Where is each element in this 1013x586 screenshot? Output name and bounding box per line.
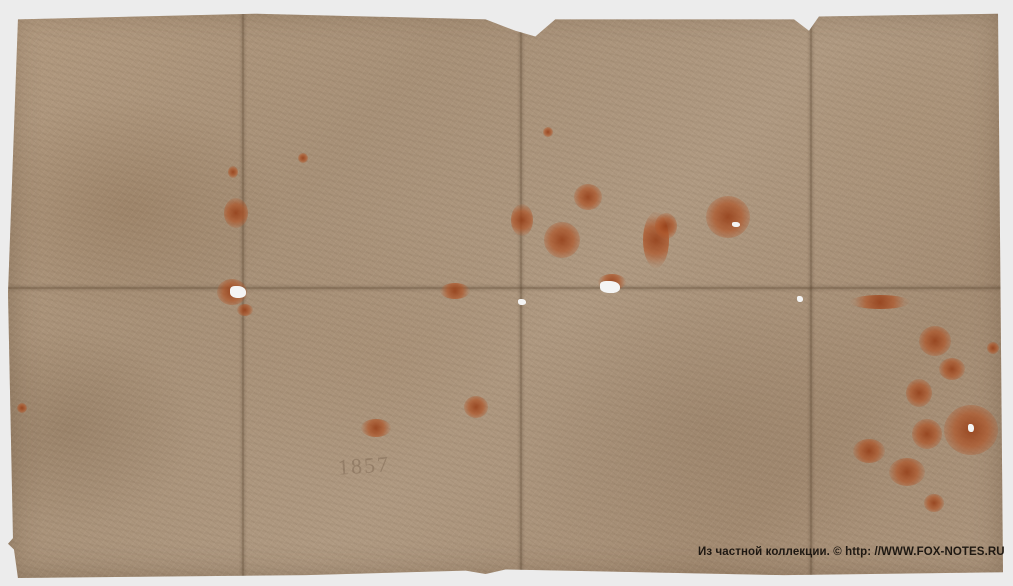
foxing-stain (912, 419, 942, 449)
foxing-stain (228, 166, 238, 178)
foxing-stain (655, 213, 677, 239)
foxing-stain (924, 494, 944, 512)
foxing-stain (464, 396, 488, 418)
foxing-stain (237, 304, 253, 316)
foxing-stain (574, 184, 602, 210)
foxing-stain (361, 419, 391, 437)
foxing-stain (17, 403, 27, 413)
foxing-stain (939, 358, 965, 380)
fold-line-vertical-right (810, 8, 812, 578)
foxing-stain (544, 222, 580, 258)
fold-line-vertical-center (520, 8, 522, 578)
faint-printed-text: 1857 (337, 451, 391, 481)
foxing-stain (298, 153, 308, 163)
foxing-stain (850, 295, 910, 309)
foxing-stain (706, 196, 750, 238)
collection-caption: Из частной коллекции. © http: //WWW.FOX-… (698, 546, 1005, 558)
banknote-reverse: 1857 (8, 8, 1003, 578)
foxing-stain (906, 379, 932, 407)
paper-hole (968, 424, 974, 432)
paper-hole (230, 286, 246, 298)
paper-texture (8, 8, 1003, 578)
paper-hole (732, 222, 740, 227)
foxing-stain (889, 458, 925, 486)
foxing-stain (511, 204, 533, 236)
foxing-stain (543, 127, 553, 137)
paper-hole (797, 296, 803, 302)
paper-hole (600, 281, 620, 293)
foxing-stain (853, 439, 885, 463)
paper-hole (518, 299, 526, 305)
foxing-stain (224, 198, 248, 228)
foxing-stain (987, 342, 999, 354)
fold-line-horizontal (8, 287, 1003, 289)
foxing-stain (919, 326, 951, 356)
foxing-stain (440, 283, 470, 299)
